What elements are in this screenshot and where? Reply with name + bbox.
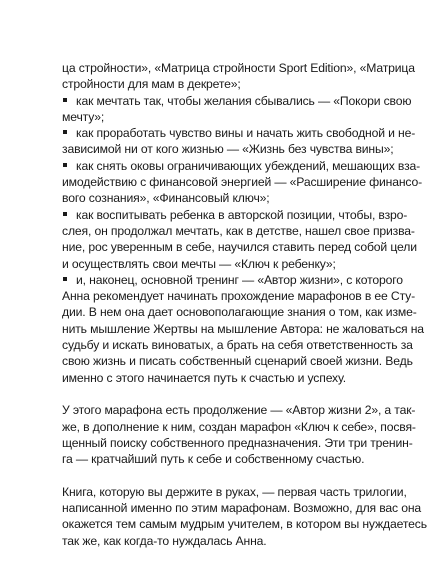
line-text: так же, как когда-то нуждалась Анна. <box>62 534 267 548</box>
text-line: мечту»; <box>62 109 364 125</box>
text-line: и осуществлять свои мечты — «Ключ к ребе… <box>62 256 364 272</box>
text-line: ние, рос уверенным в себе, научился став… <box>62 239 364 255</box>
line-text: га — кратчайший путь к себе и собственно… <box>62 452 364 466</box>
paragraph-gap <box>62 467 364 483</box>
text-line: вого сознания», «Финансовый ключ»; <box>62 190 364 206</box>
line-text: как снять оковы ограничивающих убеждений… <box>76 159 420 173</box>
text-line: Книга, которую вы держите в руках, — пер… <box>62 484 364 500</box>
line-text: У этого марафона есть продолжение — «Авт… <box>62 403 415 417</box>
paragraph-sequel: У этого марафона есть продолжение — «Авт… <box>62 402 364 467</box>
text-line: окажется тем самым мудрым учителем, в ко… <box>62 516 364 532</box>
line-text: мечту»; <box>62 110 104 124</box>
text-line: нить мышление Жертвы на мышление Автора:… <box>62 321 364 337</box>
text-line: же, в дополнение к ним, создан марафон «… <box>62 419 364 435</box>
line-text: и осуществлять свои мечты — «Ключ к ребе… <box>62 257 336 271</box>
text-line: имодействию с финансовой энергией — «Рас… <box>62 174 364 190</box>
line-text: Анна рекомендует начинать прохождение ма… <box>62 289 415 303</box>
text-line: как мечтать так, чтобы желания сбывались… <box>62 93 364 109</box>
line-text: как проработать чувство вины и начать жи… <box>76 126 415 140</box>
line-text: написанной именно по этим марафонам. Воз… <box>62 501 421 515</box>
text-line: У этого марафона есть продолжение — «Авт… <box>62 402 364 418</box>
text-line: и, наконец, основной тренинг — «Автор жи… <box>62 272 364 288</box>
line-text: и, наконец, основной тренинг — «Автор жи… <box>76 273 403 287</box>
line-text: дии. В нем она дает основополагающие зна… <box>62 305 417 319</box>
line-text: Книга, которую вы держите в руках, — пер… <box>62 485 407 499</box>
line-text: ца стройности», «Матрица стройности Spor… <box>62 61 415 75</box>
text-line: га — кратчайший путь к себе и собственно… <box>62 451 364 467</box>
text-line: Анна рекомендует начинать прохождение ма… <box>62 288 364 304</box>
line-text: слея, он продолжал мечтать, как в детств… <box>62 224 415 238</box>
line-text: свою жизнь и писать собственный сценарий… <box>62 354 413 368</box>
line-text: окажется тем самым мудрым учителем, в ко… <box>62 517 427 531</box>
text-line: как проработать чувство вины и начать жи… <box>62 125 364 141</box>
text-line: именно с этого начинается путь к счастью… <box>62 370 364 386</box>
line-text: стройности для мам в декрете»; <box>62 77 241 91</box>
text-line: судьбу и искать виноватых, а брать на се… <box>62 337 364 353</box>
book-page: ца стройности», «Матрица стройности Spor… <box>62 60 364 549</box>
line-text: именно с этого начинается путь к счастью… <box>62 371 346 385</box>
text-line: так же, как когда-то нуждалась Анна. <box>62 533 364 549</box>
text-line: написанной именно по этим марафонам. Воз… <box>62 500 364 516</box>
paragraph-gap <box>62 386 364 402</box>
line-text: зависимой ни от кого жизнью — «Жизнь без… <box>62 142 394 156</box>
line-text: имодействию с финансовой энергией — «Рас… <box>62 175 422 189</box>
line-text: нить мышление Жертвы на мышление Автора:… <box>62 322 424 336</box>
text-line: свою жизнь и писать собственный сценарий… <box>62 353 364 369</box>
text-line: как воспитывать ребенка в авторской пози… <box>62 207 364 223</box>
line-text: как мечтать так, чтобы желания сбывались… <box>76 94 411 108</box>
paragraph-book-intro: Книга, которую вы держите в руках, — пер… <box>62 484 364 549</box>
text-line: зависимой ни от кого жизнью — «Жизнь без… <box>62 141 364 157</box>
text-line: дии. В нем она дает основополагающие зна… <box>62 304 364 320</box>
text-line: как снять оковы ограничивающих убеждений… <box>62 158 364 174</box>
line-text: ние, рос уверенным в себе, научился став… <box>62 240 417 254</box>
bullet-list: ца стройности», «Матрица стройности Spor… <box>62 60 364 386</box>
line-text: вого сознания», «Финансовый ключ»; <box>62 191 270 205</box>
text-line: стройности для мам в декрете»; <box>62 76 364 92</box>
line-text: судьбу и искать виноватых, а брать на се… <box>62 338 413 352</box>
text-line: ца стройности», «Матрица стройности Spor… <box>62 60 364 76</box>
line-text: же, в дополнение к ним, создан марафон «… <box>62 420 416 434</box>
line-text: как воспитывать ребенка в авторской пози… <box>76 208 407 222</box>
text-line: слея, он продолжал мечтать, как в детств… <box>62 223 364 239</box>
text-line: щенный поиску собственного предназначени… <box>62 435 364 451</box>
line-text: щенный поиску собственного предназначени… <box>62 436 413 450</box>
